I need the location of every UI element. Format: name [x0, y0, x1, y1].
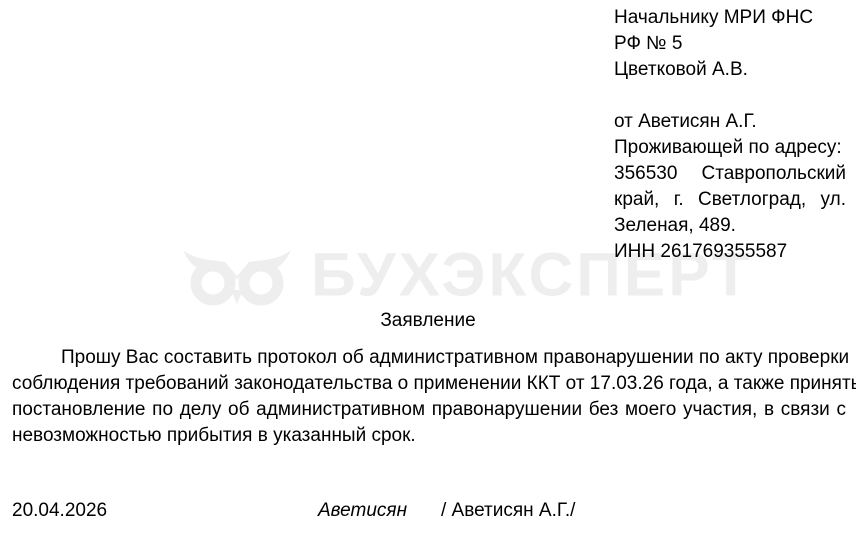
sender-address-line: край, г. Светлоград, ул.: [614, 187, 846, 213]
owl-icon: [181, 246, 293, 306]
recipient-line: Цветковой А.В.: [614, 57, 846, 83]
sender-address-line: Зеленая, 489.: [614, 213, 846, 239]
application-document: БУХЭКСПЕРТ Начальнику МРИ ФНС РФ № 5 Цве…: [0, 0, 856, 555]
recipient-line: Начальнику МРИ ФНС: [614, 5, 846, 31]
signature: Аветисян: [318, 498, 407, 524]
document-date: 20.04.2026: [12, 498, 107, 524]
addressee-block: Начальнику МРИ ФНС РФ № 5 Цветковой А.В.…: [614, 5, 846, 265]
sender-line: от Аветисян А.Г.: [614, 109, 846, 135]
sender-inn: ИНН 261769355587: [614, 239, 846, 265]
body-line: Прошу Вас составить протокол об админист…: [12, 345, 846, 371]
recipient-line: РФ № 5: [614, 31, 846, 57]
signatory-name: / Аветисян А.Г./: [441, 498, 575, 524]
document-body: Прошу Вас составить протокол об админист…: [12, 345, 846, 449]
body-line: постановление по делу об административно…: [12, 397, 846, 423]
sender-line: Проживающей по адресу:: [614, 135, 846, 161]
body-line: невозможностью прибытия в указанный срок…: [12, 423, 846, 449]
document-title: Заявление: [0, 309, 856, 333]
signature-row: 20.04.2026 Аветисян / Аветисян А.Г./: [0, 498, 856, 524]
sender-address-line: 356530 Ставропольский: [614, 161, 846, 187]
body-line: соблюдения требований законодательства о…: [12, 371, 846, 397]
